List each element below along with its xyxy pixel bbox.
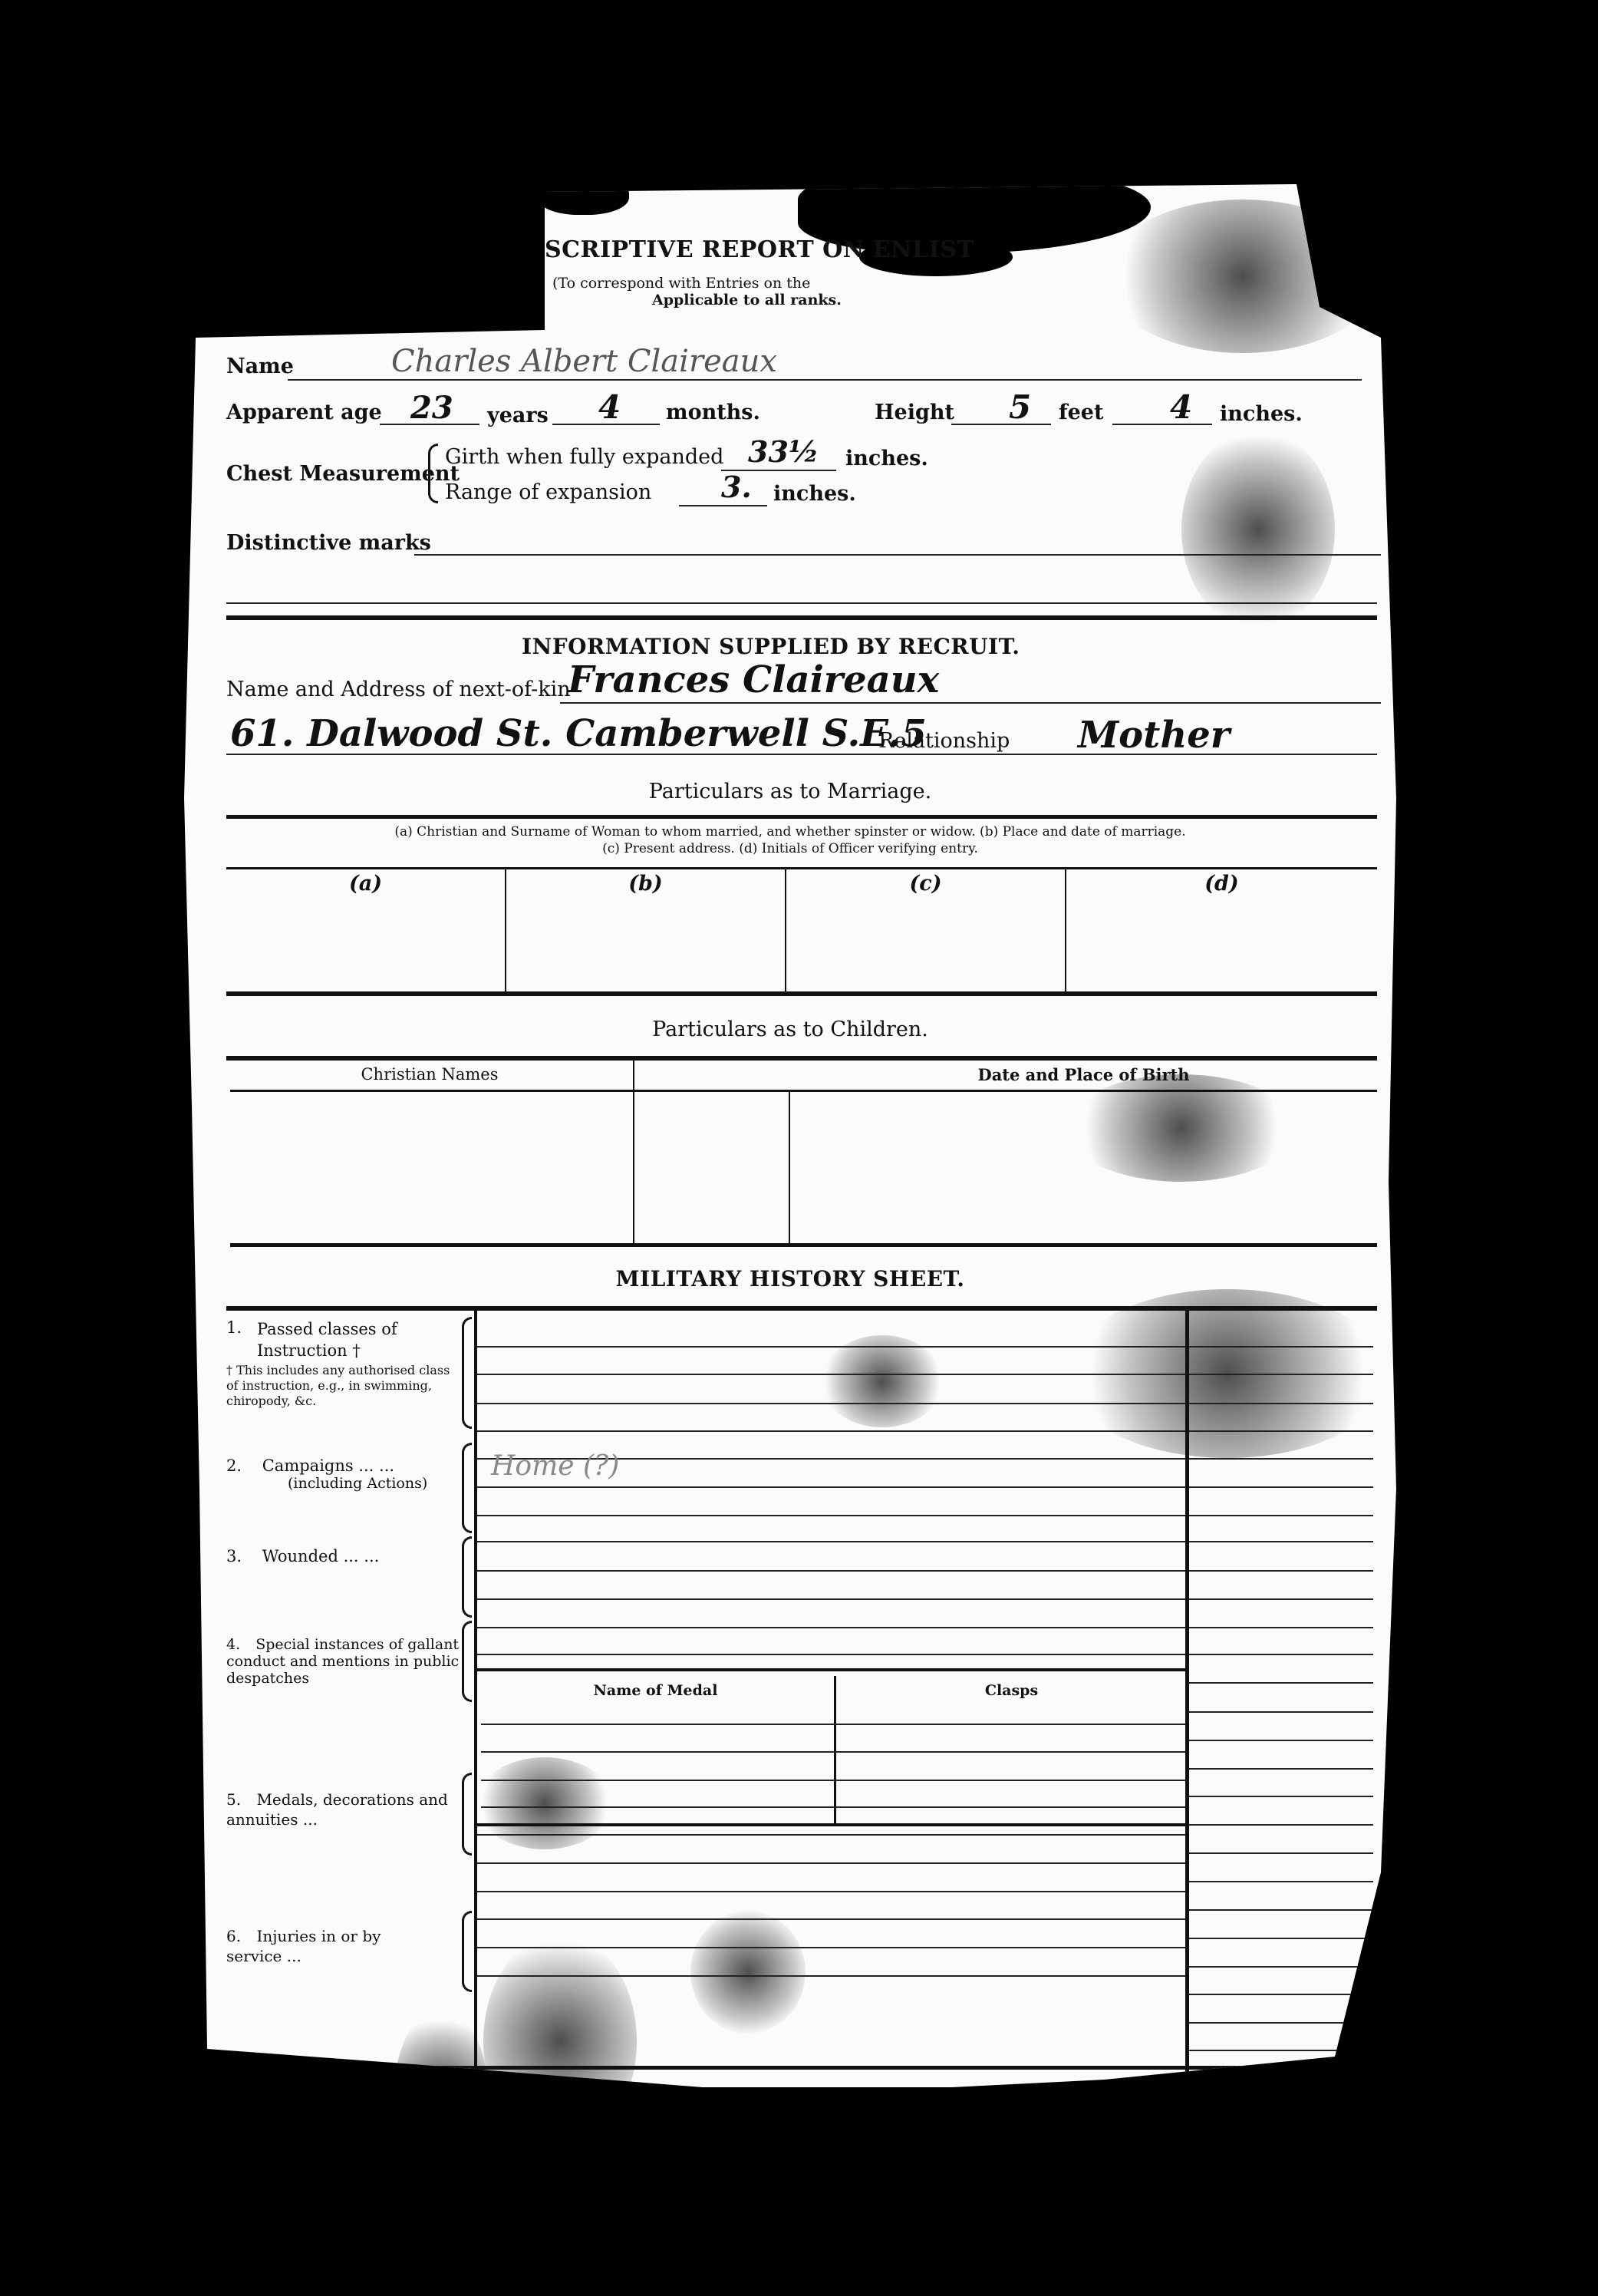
apparent-age-label: Apparent age <box>226 401 382 424</box>
marriage-col-c: (c) <box>786 872 1065 896</box>
form-subtitle: (To correspond with Entries on the <box>552 275 810 292</box>
children-heading: Particulars as to Children. <box>184 1018 1396 1041</box>
rule <box>226 1306 1377 1311</box>
form-subtitle-2: Applicable to all ranks. <box>652 292 842 308</box>
brace <box>462 1773 472 1856</box>
marriage-col-a: (a) <box>226 872 505 896</box>
children-col-names: Christian Names <box>226 1065 633 1084</box>
rule <box>230 1243 1377 1247</box>
range-line <box>679 505 767 506</box>
section-4-number: 4. <box>226 1636 240 1653</box>
stain <box>1105 200 1381 353</box>
section-5-number: 5. <box>226 1790 241 1809</box>
age-years-value: 23 <box>410 390 453 426</box>
stain <box>483 1934 637 2149</box>
girth-unit: inches. <box>845 447 928 470</box>
height-inches-value: 4 <box>1170 388 1192 426</box>
medals-col-name: Name of Medal <box>477 1682 834 1699</box>
age-months-value: 4 <box>598 388 621 426</box>
marriage-instructions-2: (c) Present address. (d) Initials of Off… <box>184 841 1396 856</box>
medals-table: Name of Medal Clasps <box>477 1676 1185 1826</box>
section-3-label: Wounded ... ... <box>262 1547 380 1565</box>
inches-label: inches. <box>1220 402 1303 426</box>
history-section-2: 2. Campaigns ... ... (including Actions) <box>226 1456 464 1492</box>
height-label: Height <box>875 401 954 424</box>
brace <box>462 1443 472 1533</box>
history-section-5: 5. Medals, decorations and annuities ... <box>226 1790 464 1829</box>
section-divider <box>226 615 1377 620</box>
form-title: SCRIPTIVE REPORT ON ENLIST <box>545 236 974 263</box>
height-inches-line <box>1112 424 1212 425</box>
range-value: 3. <box>721 470 752 504</box>
section-5-label: Medals, decorations and annuities ... <box>226 1790 448 1829</box>
girth-label: Girth when fully expanded <box>445 445 723 469</box>
distinctive-marks-line <box>414 554 1381 556</box>
name-line <box>288 379 1362 381</box>
name-value: Charles Albert Claireaux <box>391 344 777 379</box>
height-feet-value: 5 <box>1009 388 1031 426</box>
rule <box>226 815 1377 819</box>
history-section-4: 4. Special instances of gallant conduct … <box>226 1636 464 1687</box>
stain <box>395 2011 487 2164</box>
distinctive-marks-label: Distinctive marks <box>226 531 431 555</box>
brace <box>462 1911 472 1992</box>
months-label: months. <box>666 401 760 424</box>
feet-label: feet <box>1059 401 1103 424</box>
next-of-kin-name: Frances Claireaux <box>568 658 939 701</box>
rule <box>226 867 1377 869</box>
brace <box>462 1536 472 1618</box>
marriage-heading: Particulars as to Marriage. <box>184 780 1396 803</box>
chest-measurement-label: Chest Measurement <box>226 462 460 486</box>
column-divider <box>633 1059 634 1243</box>
height-feet-line <box>951 424 1051 425</box>
brace <box>462 1317 472 1429</box>
marriage-instructions-1: (a) Christian and Surname of Woman to wh… <box>184 824 1396 840</box>
history-bottom-rule <box>226 2066 1377 2070</box>
section-6-label: Injuries in or by service ... <box>226 1927 381 1965</box>
paper-damage <box>537 176 629 215</box>
section-2-number: 2. <box>226 1456 242 1475</box>
stain <box>690 1911 806 2034</box>
column-divider <box>789 1090 790 1243</box>
next-of-kin-label: Name and Address of next-of-kin <box>226 678 571 701</box>
campaigns-value: Home (?) <box>491 1450 619 1482</box>
relationship-label: Relationship <box>878 729 1010 753</box>
section-2-sub: (including Actions) <box>288 1475 464 1492</box>
rule <box>226 1056 1377 1061</box>
stain <box>1181 430 1335 629</box>
section-1-note: † This includes any authorised class of … <box>226 1363 464 1409</box>
stain <box>821 1335 944 1427</box>
section-1-label: Passed classes of Instruction † <box>257 1318 464 1361</box>
attestation-form-page: SCRIPTIVE REPORT ON ENLIST (To correspon… <box>184 184 1396 2087</box>
brace <box>428 444 438 503</box>
years-label: years <box>487 404 549 427</box>
history-right-divider <box>1185 1309 1189 2238</box>
history-section-6: 6. Injuries in or by service ... <box>226 1926 433 1966</box>
section-4-label: Special instances of gallant conduct and… <box>226 1636 459 1687</box>
section-2-label: Campaigns ... ... <box>262 1456 394 1475</box>
range-label: Range of expansion <box>445 480 651 504</box>
marriage-col-d: (d) <box>1066 872 1377 896</box>
military-history-heading: MILITARY HISTORY SHEET. <box>184 1266 1396 1291</box>
girth-value: 33½ <box>748 434 819 469</box>
section-6-number: 6. <box>226 1927 241 1945</box>
section-3-number: 3. <box>226 1547 242 1565</box>
next-of-kin-address: 61. Dalwood St. Camberwell S.E.5 <box>230 712 927 755</box>
brace <box>462 1621 472 1702</box>
history-section-3: 3. Wounded ... ... <box>226 1547 464 1565</box>
marriage-col-b: (b) <box>506 872 785 896</box>
next-of-kin-line <box>560 702 1381 704</box>
range-unit: inches. <box>773 482 856 506</box>
rule <box>226 991 1377 996</box>
children-col-birth: Date and Place of Birth <box>790 1065 1377 1084</box>
medals-col-clasps: Clasps <box>838 1682 1185 1699</box>
rule <box>230 1090 1377 1092</box>
section-1-number: 1. <box>226 1318 242 1337</box>
recruit-info-heading: INFORMATION SUPPLIED BY RECRUIT. <box>522 634 1020 659</box>
name-label: Name <box>226 355 294 378</box>
relationship-value: Mother <box>1078 714 1230 757</box>
distinctive-marks-line-2 <box>226 602 1377 604</box>
history-section-1: 1. Passed classes of Instruction † † Thi… <box>226 1318 464 1337</box>
